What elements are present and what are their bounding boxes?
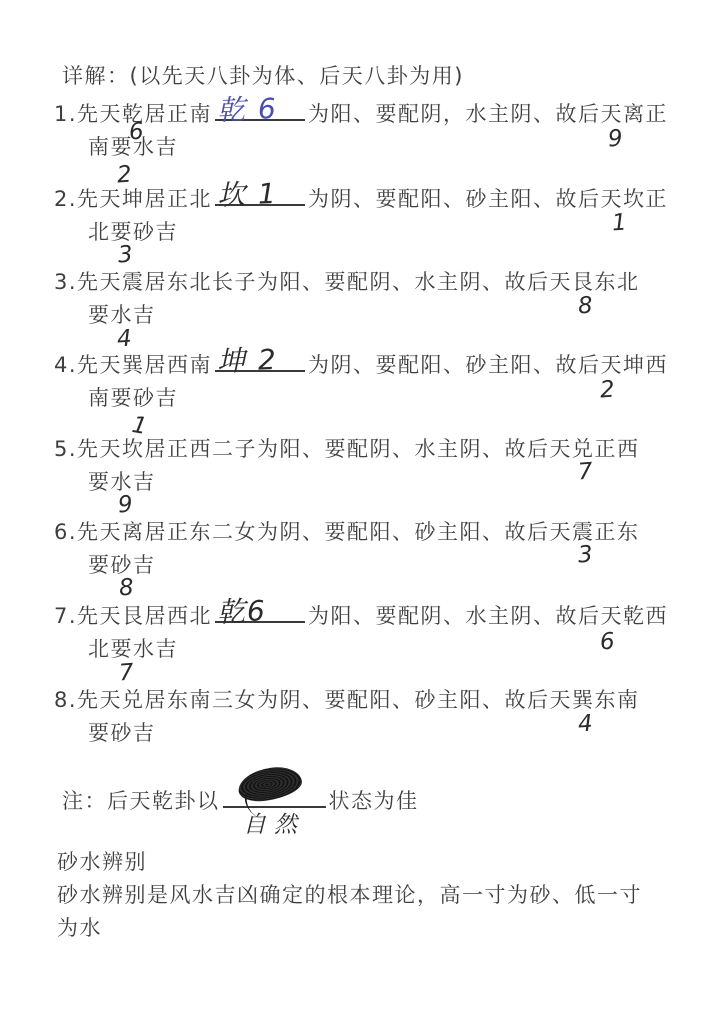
item-text-line2: 北要砂吉 [88,216,178,249]
line1-pre: 先天艮居西北 [77,604,212,628]
list-item-4: 4. 先天巽居西南坤 2为阴、要配阳、砂主阳、故后天坤西 南要砂吉 4 2 [0,349,724,419]
handwritten-number-annotation: 3 [577,544,593,568]
line1-post: 为阴、要配阳、砂主阳、故后天坤西 [308,353,668,377]
body-text-line2: 为水 [57,912,102,945]
item-text-line1: 先天乾居正南乾 6为阳、要配阴，水主阴、故后天离正 [77,98,668,131]
handwritten-number-annotation: 8 [577,295,593,319]
fill-in-blank: 坤 2 [215,350,305,372]
handwritten-answer: 坤 2 [217,346,279,376]
handwritten-number-annotation: 2 [599,379,615,403]
item-text-line1: 先天离居正东二女为阴、要配阳、砂主阳、故后天震正东 [77,516,640,549]
item-number: 2. [54,183,77,216]
item-text-line1: 先天艮居西北乾6为阳、要配阴、水主阴、故后天乾西 [77,600,668,633]
document-title: 详解：(以先天八卦为体、后天八卦为用) [62,60,464,93]
item-text-line1: 先天坎居正西二子为阳、要配阴、水主阴、故后天兑正西 [77,433,640,466]
handwritten-answer: 乾6 [217,597,268,627]
handwritten-answer: 坎 1 [217,180,279,210]
handwritten-number-annotation: 3 [117,244,133,268]
handwritten-number-annotation: 6 [128,121,144,145]
handwritten-answer: 乾 6 [217,95,279,125]
handwritten-number-annotation: 6 [599,631,615,655]
handwritten-correction: 自然 [243,813,305,837]
list-item-6: 6. 先天离居正东二女为阴、要配阳、砂主阳、故后天震正东 要砂吉 9 3 [0,516,724,586]
handwritten-number-annotation: 9 [607,128,623,152]
handwritten-number-annotation: 9 [117,494,133,518]
item-number: 1. [54,98,77,131]
handwritten-number-annotation: 7 [577,461,593,485]
fill-in-blank: 乾6 [215,601,305,623]
handwritten-number-annotation: 2 [116,164,132,188]
fill-in-blank: 乾 6 [215,99,305,121]
handwritten-number-annotation: 4 [577,713,593,737]
item-number: 5. [54,433,77,466]
body-text-line1: 砂水辨别是风水吉凶确定的根本理论，高一寸为砂、低一寸 [57,879,642,912]
item-text-line2: 要砂吉 [88,717,156,750]
item-text-line1: 先天兑居东南三女为阴、要配阳、砂主阳、故后天巽东南 [77,684,640,717]
line1-post: 为阳、要配阴，水主阴、故后天离正 [308,102,668,126]
handwritten-number-annotation: 7 [118,662,134,686]
list-item-3: 3. 先天震居东北长子为阳、要配阴、水主阴、故后天艮东北 要水吉 3 8 [0,266,724,336]
item-text-line1: 先天巽居西南坤 2为阴、要配阳、砂主阳、故后天坤西 [77,349,668,382]
scanned-document-page: 详解：(以先天八卦为体、后天八卦为用) 1. 先天乾居正南乾 6为阳、要配阴，水… [0,0,724,1024]
handwritten-number-annotation: 8 [118,577,134,601]
line1-pre: 先天坤居正北 [77,187,212,211]
fill-in-blank: 坎 1 [215,184,305,206]
line1-pre: 先天巽居西南 [77,353,212,377]
list-item-7: 7. 先天艮居西北乾6为阳、要配阴、水主阴、故后天乾西 北要水吉 8 6 [0,600,724,670]
list-item-2: 2. 先天坤居正北坎 1为阴、要配阳、砂主阳、故后天坎正 北要砂吉 2 1 [0,183,724,253]
list-item-1: 1. 先天乾居正南乾 6为阳、要配阴，水主阴、故后天离正 南要水吉 6 9 [0,98,724,168]
item-text-line2: 南要砂吉 [88,382,178,415]
list-item-8: 8. 先天兑居东南三女为阴、要配阳、砂主阳、故后天巽东南 要砂吉 7 4 [0,684,724,754]
item-number: 4. [54,349,77,382]
note-suffix: 状态为佳 [329,789,419,813]
note-prefix: 注：后天乾卦以 [62,789,220,813]
item-number: 6. [54,516,77,549]
item-text-line1: 先天震居东北长子为阳、要配阴、水主阴、故后天艮东北 [77,266,640,299]
handwritten-number-annotation: 4 [116,328,132,352]
item-number: 8. [54,684,77,717]
line1-post: 为阳、要配阴、水主阴、故后天乾西 [308,604,668,628]
handwritten-number-annotation: 1 [611,212,627,236]
list-item-5: 5. 先天坎居正西二子为阳、要配阴、水主阴、故后天兑正西 要水吉 1 7 [0,433,724,503]
line1-post: 为阴、要配阳、砂主阳、故后天坎正 [308,187,668,211]
item-text-line1: 先天坤居正北坎 1为阴、要配阳、砂主阳、故后天坎正 [77,183,668,216]
line1-pre: 先天乾居正南 [77,102,212,126]
section-heading: 砂水辨别 [57,846,147,879]
item-number: 3. [54,266,77,299]
item-number: 7. [54,600,77,633]
